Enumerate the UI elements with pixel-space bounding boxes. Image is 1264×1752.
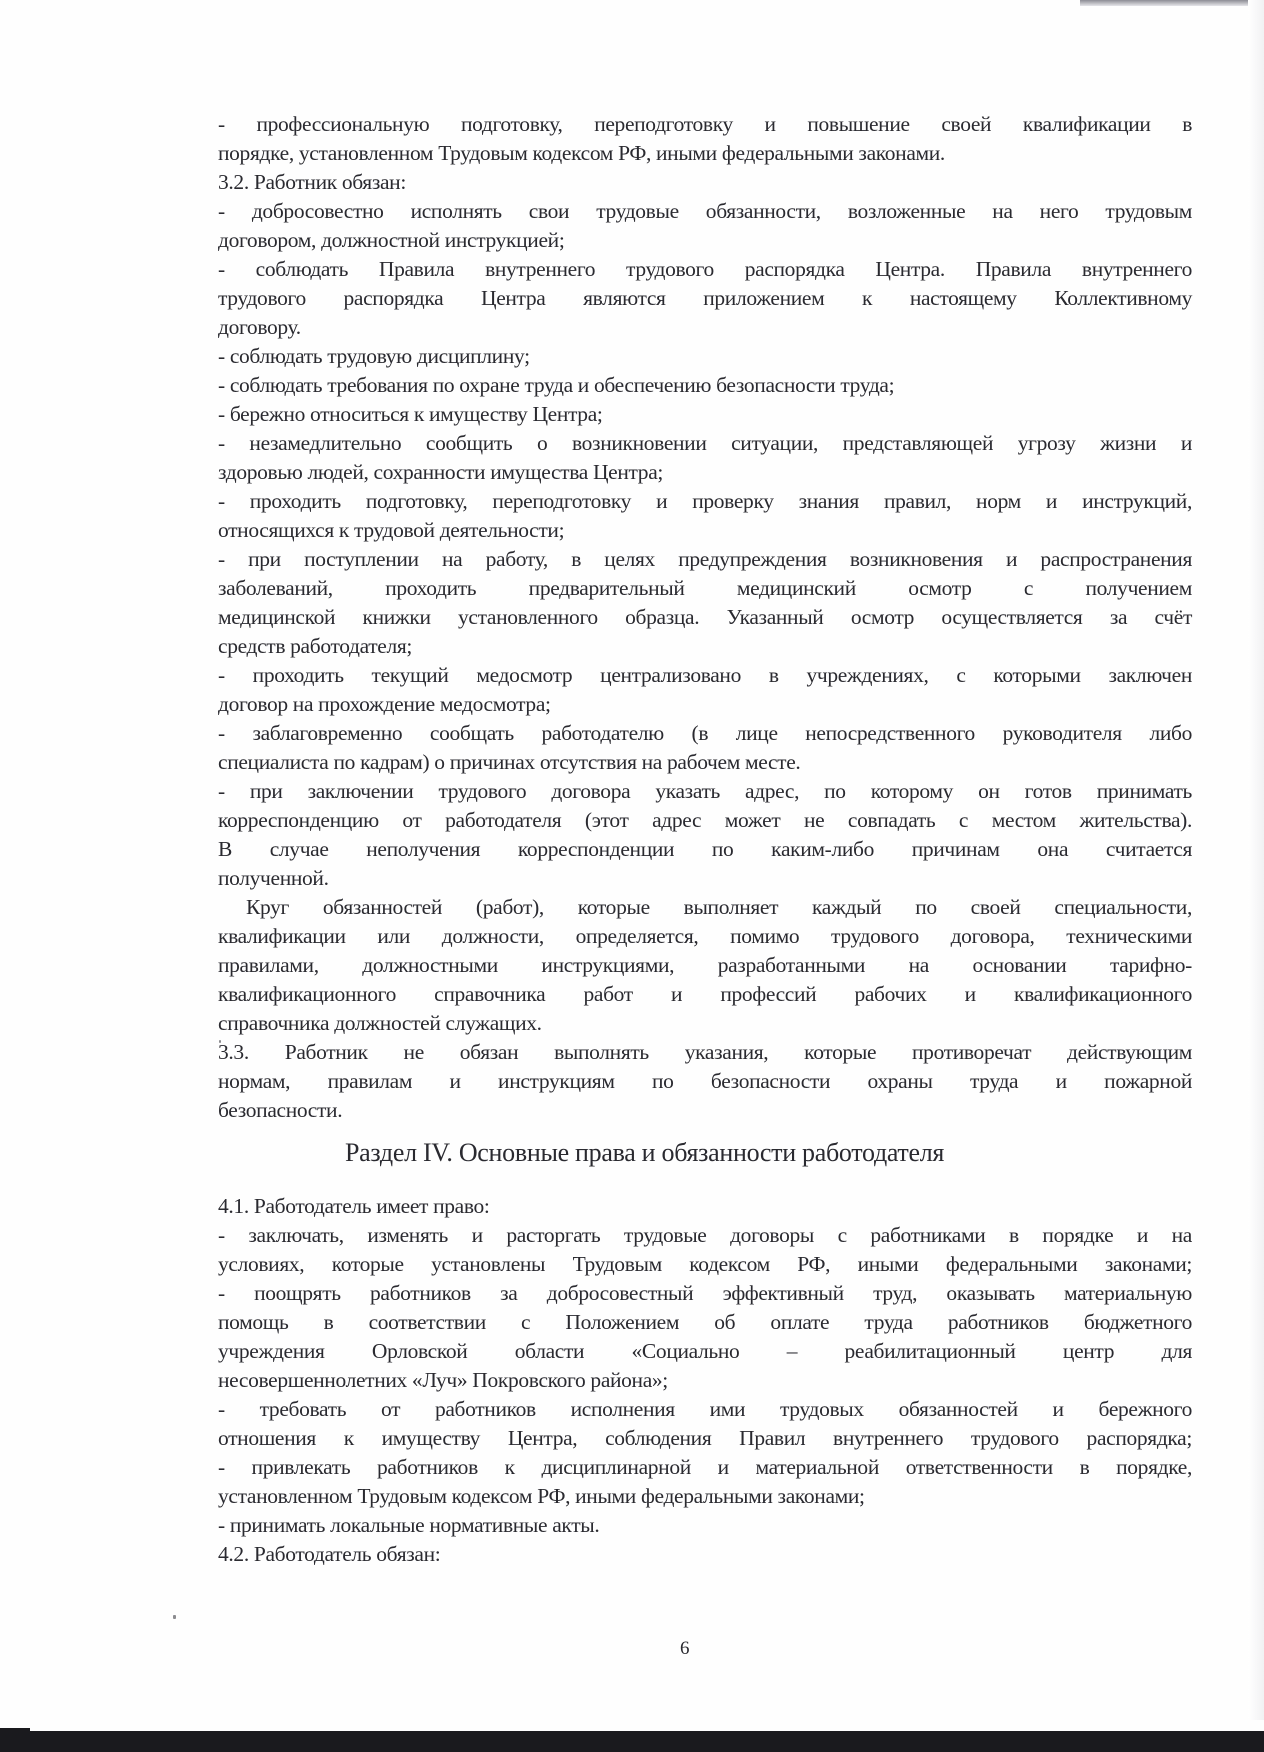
text-line: средств работодателя; xyxy=(218,632,1192,661)
text-line: корреспонденцию от работодателя (этот ад… xyxy=(218,806,1192,835)
section-heading: Раздел IV. Основные права и обязанности … xyxy=(345,1136,1045,1170)
text-line: - соблюдать требования по охране труда и… xyxy=(218,371,1192,400)
page-number: 6 xyxy=(680,1638,690,1660)
scan-shadow-top xyxy=(1080,0,1264,6)
text-line: 3.2. Работник обязан: xyxy=(218,168,1192,197)
text-line: нормам, правилам и инструкциям по безопа… xyxy=(218,1067,1192,1096)
employer-rights-section: 4.1. Работодатель имеет право:- заключат… xyxy=(218,1192,1192,1569)
text-line: 3.3. Работник не обязан выполнять указан… xyxy=(218,1038,1192,1067)
text-line: - поощрять работников за добросовестный … xyxy=(218,1279,1192,1308)
text-line: В случае неполучения корреспонденции по … xyxy=(218,835,1192,864)
text-line: 4.1. Работодатель имеет право: xyxy=(218,1192,1192,1221)
text-line: - принимать локальные нормативные акты. xyxy=(218,1511,1192,1540)
text-line: - заключать, изменять и расторгать трудо… xyxy=(218,1221,1192,1250)
text-line: - добросовестно исполнять свои трудовые … xyxy=(218,197,1192,226)
text-line: безопасности. xyxy=(218,1096,1192,1125)
text-line: относящихся к трудовой деятельности; xyxy=(218,516,1192,545)
text-line: несовершеннолетних «Луч» Покровского рай… xyxy=(218,1366,1192,1395)
text-line: - соблюдать Правила внутреннего трудовог… xyxy=(218,255,1192,284)
scan-speck xyxy=(173,1615,176,1619)
text-line: квалификации или должности, определяется… xyxy=(218,922,1192,951)
text-line: - при поступлении на работу, в целях пре… xyxy=(218,545,1192,574)
scan-speck xyxy=(219,1040,221,1043)
text-line: - профессиональную подготовку, переподго… xyxy=(218,110,1192,139)
text-line: 4.2. Работодатель обязан: xyxy=(218,1540,1192,1569)
text-line: - соблюдать трудовую дисциплину; xyxy=(218,342,1192,371)
text-line: помощь в соответствии с Положением об оп… xyxy=(218,1308,1192,1337)
scan-bottom-edge xyxy=(0,1731,1264,1752)
text-line: специалиста по кадрам) о причинах отсутс… xyxy=(218,748,1192,777)
text-line: трудового распорядка Центра являются при… xyxy=(218,284,1192,313)
text-line: - при заключении трудового договора указ… xyxy=(218,777,1192,806)
text-line: заболеваний, проходить предварительный м… xyxy=(218,574,1192,603)
text-line: - незамедлительно сообщить о возникновен… xyxy=(218,429,1192,458)
text-line: - привлекать работников к дисциплинарной… xyxy=(218,1453,1192,1482)
text-line: установленном Трудовым кодексом РФ, иным… xyxy=(218,1482,1192,1511)
text-line: здоровью людей, сохранности имущества Це… xyxy=(218,458,1192,487)
text-line: договор на прохождение медосмотра; xyxy=(218,690,1192,719)
text-line: - требовать от работников исполнения ими… xyxy=(218,1395,1192,1424)
scan-shadow-right xyxy=(1248,0,1264,1720)
text-line: - проходить подготовку, переподготовку и… xyxy=(218,487,1192,516)
text-line: медицинской книжки установленного образц… xyxy=(218,603,1192,632)
text-line: - заблаговременно сообщать работодателю … xyxy=(218,719,1192,748)
text-line: учреждения Орловской области «Социально … xyxy=(218,1337,1192,1366)
text-line: - бережно относиться к имуществу Центра; xyxy=(218,400,1192,429)
text-line: правилами, должностными инструкциями, ра… xyxy=(218,951,1192,980)
text-line: условиях, которые установлены Трудовым к… xyxy=(218,1250,1192,1279)
text-line: квалификационного справочника работ и пр… xyxy=(218,980,1192,1009)
text-line: справочника должностей служащих. xyxy=(218,1009,1192,1038)
employee-duties-section: - профессиональную подготовку, переподго… xyxy=(218,110,1192,1125)
text-line: Круг обязанностей (работ), которые выпол… xyxy=(218,893,1192,922)
text-line: договору. xyxy=(218,313,1192,342)
text-line: порядке, установленном Трудовым кодексом… xyxy=(218,139,1192,168)
text-line: полученной. xyxy=(218,864,1192,893)
scanned-page: - профессиональную подготовку, переподго… xyxy=(0,0,1264,1752)
text-line: договором, должностной инструкцией; xyxy=(218,226,1192,255)
text-line: отношения к имуществу Центра, соблюдения… xyxy=(218,1424,1192,1453)
text-line: - проходить текущий медосмотр централизо… xyxy=(218,661,1192,690)
